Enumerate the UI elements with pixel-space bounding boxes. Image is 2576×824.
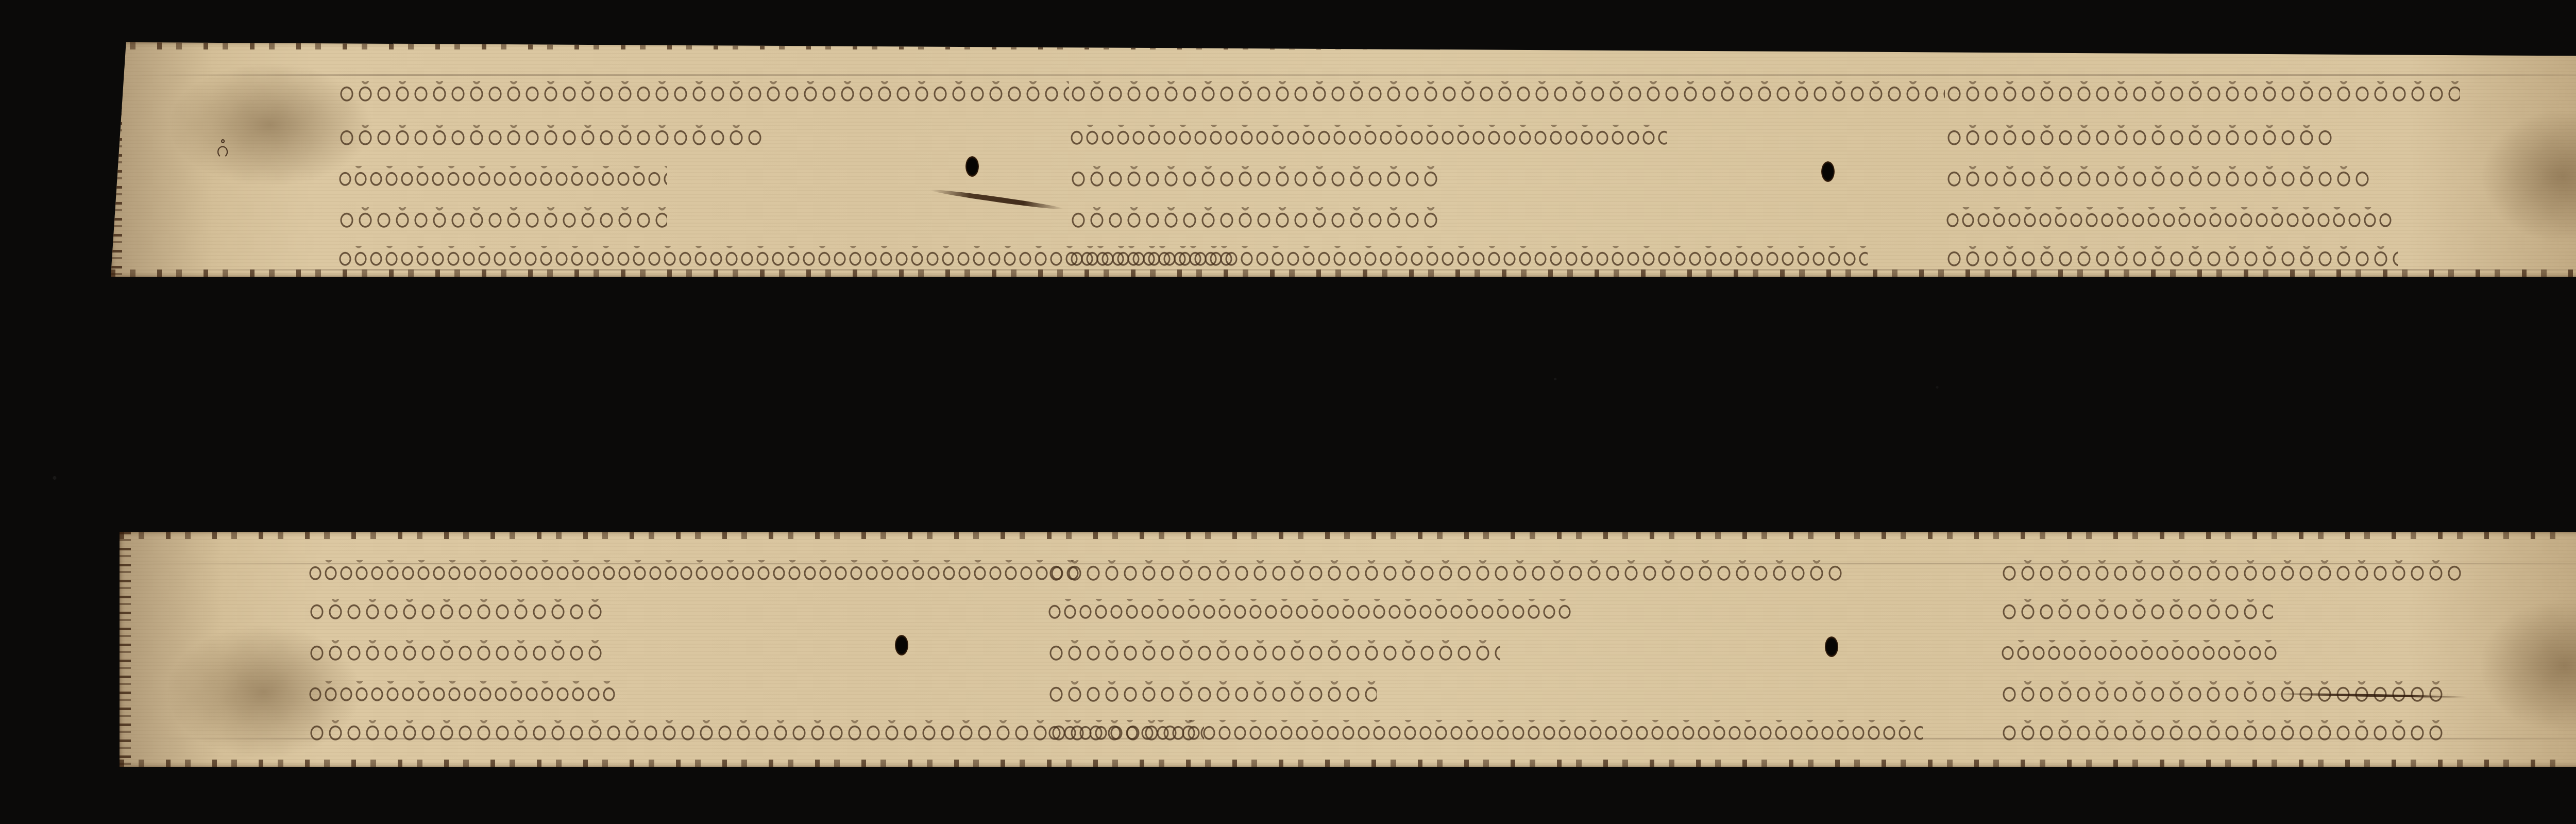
leaf-edge-wear xyxy=(111,270,2576,277)
script-line xyxy=(1945,207,2393,231)
ruling-line xyxy=(131,74,2576,76)
script-line xyxy=(1047,599,1572,623)
binding-hole-left xyxy=(895,635,908,655)
script-line xyxy=(1945,125,2336,148)
script-line xyxy=(1047,720,1923,744)
leaf-edge-wear xyxy=(120,532,131,767)
binding-hole-right xyxy=(1825,636,1838,657)
script-line xyxy=(337,166,667,190)
script-line xyxy=(308,640,606,664)
palm-leaf-folio-top: ဂံ xyxy=(111,42,2576,277)
script-line xyxy=(1047,681,1377,705)
age-stain xyxy=(2479,599,2576,733)
leaf-edge-wear xyxy=(120,532,2576,539)
leaf-edge-wear xyxy=(120,760,2576,767)
leaf-scratch-mark xyxy=(930,188,1064,211)
age-stain xyxy=(2481,109,2576,243)
script-line xyxy=(1069,81,1945,105)
script-line xyxy=(1069,207,1440,231)
script-line xyxy=(1945,246,2398,270)
script-line xyxy=(2000,681,2448,705)
script-line xyxy=(1945,166,2372,190)
script-line xyxy=(1047,560,1845,584)
script-line xyxy=(308,560,1080,584)
script-line xyxy=(2000,720,2448,744)
folio-number-marker: ဂံ xyxy=(216,138,229,160)
script-line xyxy=(1047,640,1500,664)
script-line xyxy=(1069,246,1868,270)
palm-leaf-folio-bottom xyxy=(120,532,2576,767)
script-line xyxy=(2000,560,2464,584)
script-line xyxy=(337,81,1069,105)
script-line xyxy=(337,207,667,231)
script-line xyxy=(2000,599,2273,623)
script-line xyxy=(1069,125,1667,148)
binding-hole-right xyxy=(1821,161,1835,182)
script-line xyxy=(1069,166,1440,190)
script-line xyxy=(1945,81,2460,105)
script-line xyxy=(2000,640,2278,664)
script-line xyxy=(308,599,606,623)
script-line xyxy=(337,125,765,148)
script-line xyxy=(308,681,617,705)
binding-hole-left xyxy=(965,156,979,177)
